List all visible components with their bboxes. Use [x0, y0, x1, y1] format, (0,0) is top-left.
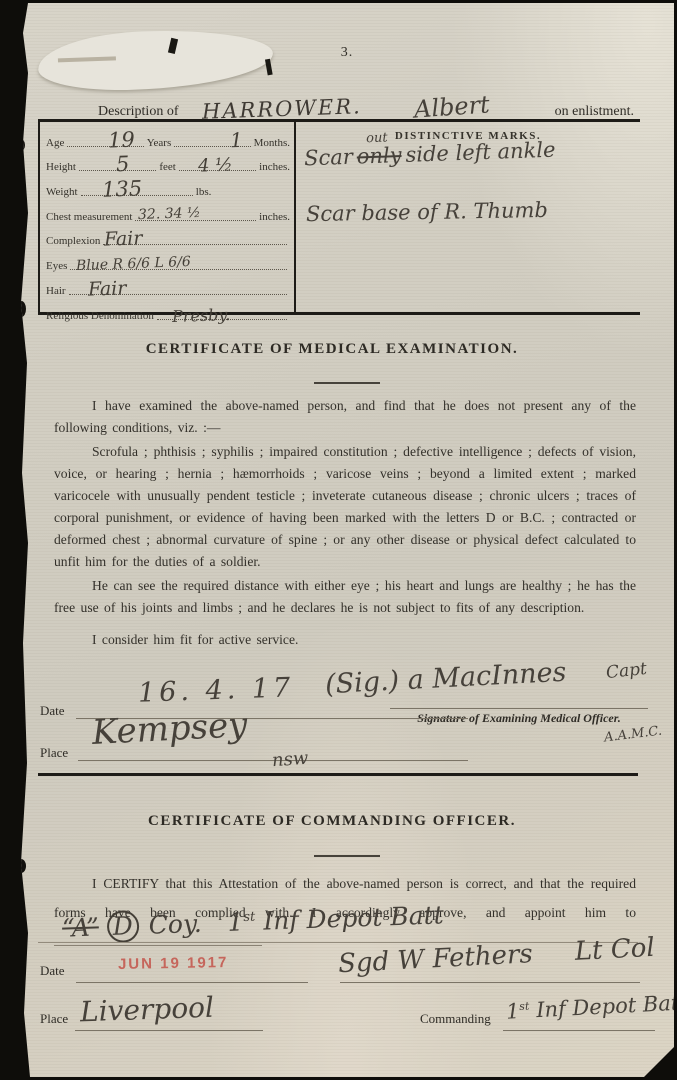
medical-officer-unit: A.A.M.C. — [603, 724, 663, 746]
medical-para-fit-statement: I consider him fit for active service. — [54, 629, 636, 651]
row-age: Age Years Months. 19 1 — [46, 126, 290, 151]
row-religion: Religious Denomination Presby. — [46, 299, 290, 324]
company-word: Coy. — [148, 909, 202, 940]
medical-para-fitness: He can see the required distance with ei… — [54, 575, 636, 619]
unit-ordinal: st — [243, 910, 255, 925]
torn-edge-hole — [17, 139, 25, 151]
name-field: HARROWER. Albert — [184, 87, 548, 122]
unit-name: Inf Depot Batt — [536, 990, 677, 1022]
row-hair: Hair Fair — [46, 274, 290, 299]
row-label: Weight — [46, 187, 78, 198]
section-divider — [314, 855, 380, 857]
row-suffix: Months. — [254, 138, 290, 149]
row-label: Height — [46, 162, 76, 173]
commanding-place-label: Place — [40, 1011, 68, 1027]
medical-place-value: Kempsey — [91, 705, 248, 753]
row-label: Hair — [46, 286, 66, 297]
circled-company: D — [106, 910, 139, 943]
commanding-label: Commanding — [420, 1011, 491, 1027]
torn-edge-hole — [17, 301, 26, 317]
medical-officer-rank: Capt — [605, 659, 648, 683]
scanned-document: 3. Description of HARROWER. Albert on en… — [0, 0, 677, 1080]
marks-text: side left ankle — [405, 138, 556, 167]
height-feet-value: 5 — [116, 152, 130, 176]
eyes-value: Blue R 6/6 L 6/6 — [76, 254, 191, 274]
medical-place-label: Place — [40, 745, 68, 761]
commanding-certificate-title: CERTIFICATE OF COMMANDING OFFICER. — [20, 813, 644, 830]
medical-date-label: Date — [40, 703, 65, 719]
row-label: Age — [46, 138, 64, 149]
commanding-date-line — [76, 981, 308, 983]
row-suffix: lbs. — [196, 187, 212, 198]
row-label: Chest measurement — [46, 212, 132, 223]
torn-edge-hole — [16, 859, 26, 873]
row-label: Complexion — [46, 236, 100, 247]
description-line: Description of HARROWER. Albert on enlis… — [98, 87, 634, 122]
section-divider — [314, 382, 380, 384]
row-eyes: Eyes Blue R 6/6 L 6/6 — [46, 249, 290, 274]
row-label: Religious Denomination — [46, 311, 154, 322]
height-inches-value: 4 ½ — [198, 155, 233, 177]
appointment-blank-line — [54, 945, 262, 946]
paper-page: 3. Description of HARROWER. Albert on en… — [20, 3, 674, 1077]
row-suffix: Years — [147, 138, 172, 149]
measurements-column: Age Years Months. 19 1 Height feet inche… — [40, 122, 296, 312]
commanding-unit-line — [503, 1029, 655, 1031]
row-height: Height feet inches. 5 4 ½ — [46, 151, 290, 176]
weight-value: 135 — [102, 176, 143, 201]
commanding-place-value: Liverpool — [79, 991, 214, 1029]
medical-place-note: nsw — [271, 748, 309, 771]
commanding-unit-handwriting: 1st Inf Depot Batt — [505, 990, 677, 1023]
distinctive-marks-line1: Scaroutonlyside left ankle — [304, 138, 556, 171]
commanding-signature-line — [340, 981, 640, 983]
section-rule — [38, 773, 638, 776]
row-weight: Weight lbs. 135 — [46, 175, 290, 200]
religion-value: Presby. — [172, 304, 231, 325]
unit-name: Inf Depot Batt — [263, 900, 444, 935]
signature-rank: Lt Col — [574, 933, 655, 967]
medical-date-value: 16. 4. 17 — [138, 672, 295, 708]
row-suffix: inches. — [259, 162, 290, 173]
chest-value: 32. 34 ½ — [138, 205, 201, 223]
distinctive-marks-line2: Scar base of R. Thumb — [306, 198, 548, 226]
medical-para-intro: I have examined the above-named person, … — [54, 395, 636, 439]
medical-officer-signature: (Sig.) a MacInnes — [324, 657, 567, 701]
commanding-place-line — [75, 1029, 263, 1031]
hair-value: Fair — [88, 277, 127, 300]
commanding-date-label: Date — [40, 963, 65, 979]
distinctive-marks-column: DISTINCTIVE MARKS. Scaroutonlyside left … — [296, 122, 640, 312]
struck-word: only — [356, 143, 402, 169]
unit-ordinal: st — [519, 1000, 530, 1014]
row-chest: Chest measurement inches. 32. 34 ½ — [46, 200, 290, 225]
row-suffix: inches. — [259, 212, 290, 223]
inserted-word: out — [366, 130, 388, 146]
row-complexion: Complexion Fair — [46, 225, 290, 250]
struck-company: “A” — [62, 912, 100, 942]
description-table: Age Years Months. 19 1 Height feet inche… — [38, 119, 640, 315]
page-number: 3. — [20, 45, 674, 61]
row-label: Eyes — [46, 261, 67, 272]
row-suffix: feet — [159, 162, 175, 173]
marks-text: Scar — [304, 145, 354, 171]
medical-para-conditions: Scrofula ; phthisis ; syphilis ; impaire… — [54, 441, 636, 573]
age-years-value: 19 — [108, 127, 136, 152]
unit-number: 1 — [227, 907, 244, 937]
signature-line — [390, 707, 648, 709]
complexion-value: Fair — [104, 228, 143, 251]
age-months-value: 1 — [230, 127, 244, 151]
date-stamp: JUN 19 1917 — [118, 954, 229, 973]
medical-certificate-title: CERTIFICATE OF MEDICAL EXAMINATION. — [20, 341, 644, 358]
